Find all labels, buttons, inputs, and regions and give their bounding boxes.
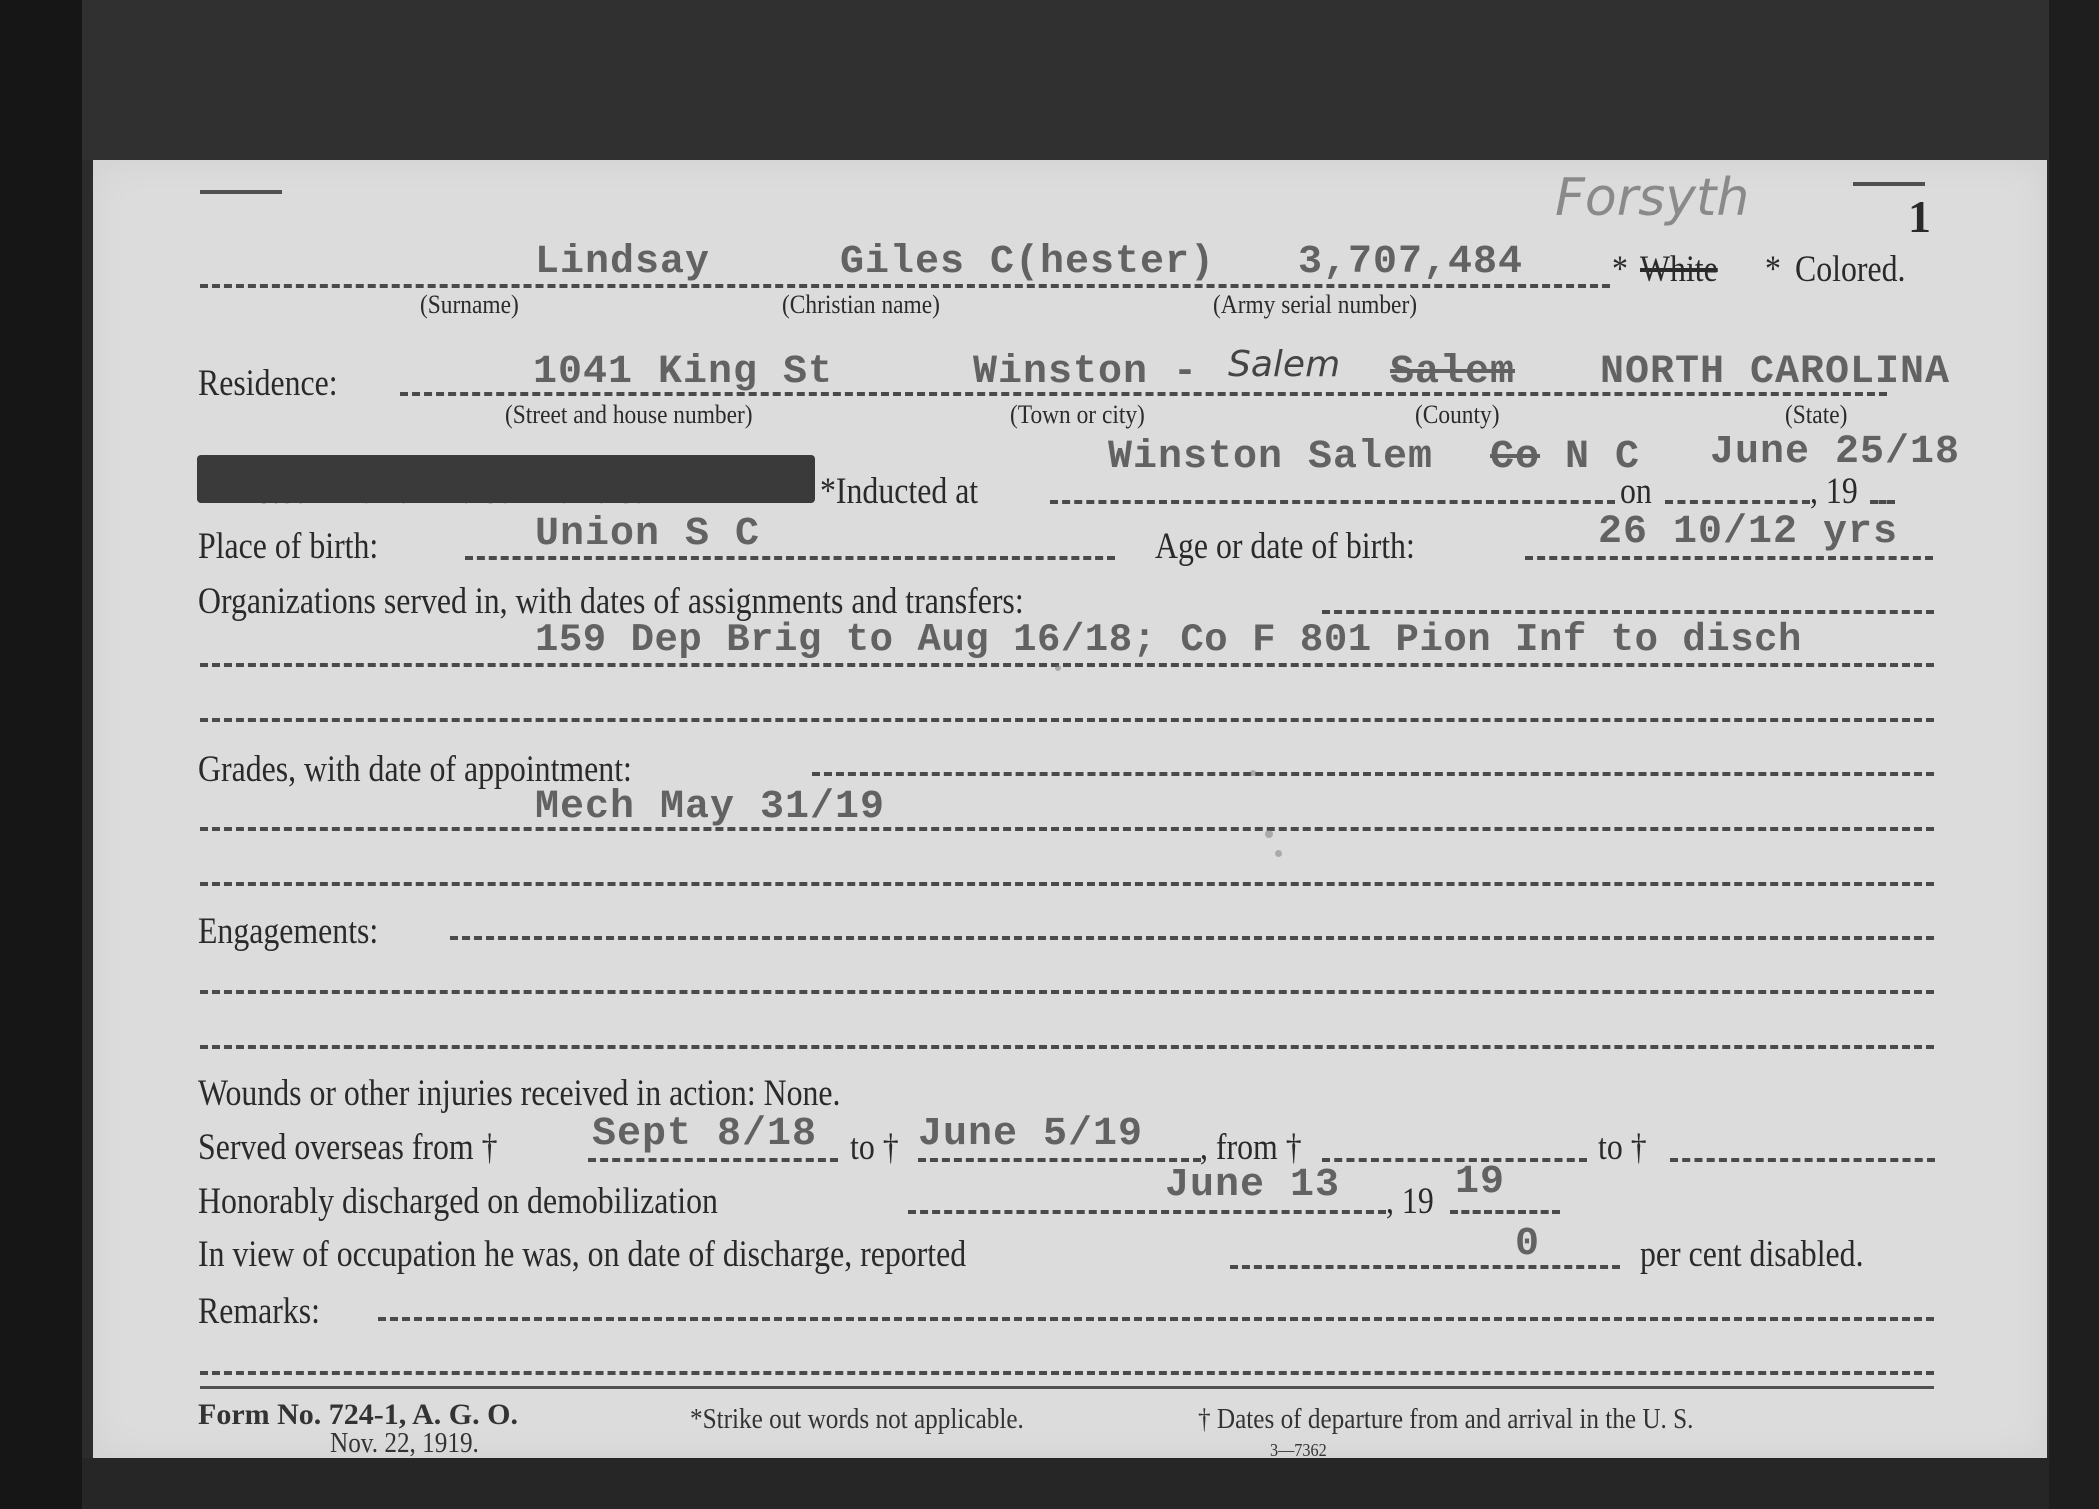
overseas-from-value: Sept 8/18 [592,1112,817,1157]
induction-date-line [1665,500,1810,504]
race-white-struck: White [1640,248,1718,291]
engagements-line-1 [450,936,1934,940]
remarks-line-2 [200,1371,1934,1375]
discharge-date-line [908,1210,1386,1214]
ink-speck [1250,770,1256,776]
engagements-label: Engagements: [198,910,378,953]
residence-town: Winston - [973,350,1198,395]
race-asterisk-white: * [1612,248,1628,291]
honorably-discharged-label: Honorably discharged on demobilization [198,1180,718,1223]
discharge-year-value: 19 [1455,1160,1505,1205]
scan-border-right [2049,0,2099,1509]
residence-town-handwritten: Salem [1228,344,1340,385]
surname-label: (Surname) [420,290,519,320]
scan-background-top [82,0,2049,160]
redaction-mark [197,455,815,503]
served-overseas-label: Served overseas from † [198,1126,498,1169]
disability-line [1230,1265,1620,1269]
engagements-line-2 [200,990,1934,994]
corner-rule [200,190,282,194]
disability-value: 0 [1515,1222,1540,1267]
christian-name-label: (Christian name) [782,290,940,320]
place-of-birth-value: Union S C [535,512,760,557]
form-number: Form No. 724-1, A. G. O. [198,1398,518,1432]
induction-year-line [1870,500,1895,504]
overseas-to-line [918,1158,1201,1162]
overseas-to-label: to † [850,1126,899,1169]
county-annotation: Forsyth [1555,168,1749,228]
organizations-line-2 [200,718,1934,722]
overseas-to2-label: to † [1598,1126,1647,1169]
christian-name-value: Giles C(hester) [840,240,1215,285]
induction-date: June 25/18 [1710,430,1960,475]
per-cent-disabled-label: per cent disabled. [1640,1233,1864,1276]
footer-rule [200,1386,1934,1389]
serial-number-label: (Army serial number) [1213,290,1417,320]
remarks-line-1 [378,1317,1934,1321]
serial-number-value: 3,707,484 [1298,240,1523,285]
surname-value: Lindsay [535,240,710,285]
disability-label: In view of occupation he was, on date of… [198,1233,966,1276]
wounds-label: Wounds or other injuries received in act… [198,1072,841,1115]
ink-speck [1055,665,1061,671]
overseas-to2-line [1670,1158,1935,1162]
inducted-at-line [1050,500,1615,504]
residence-label: Residence: [198,362,338,405]
induction-place-struck: Co [1490,435,1540,480]
age-value: 26 10/12 yrs [1598,510,1898,555]
remarks-label: Remarks: [198,1290,320,1333]
ink-speck [1275,850,1282,857]
induction-place: Winston Salem [1108,435,1433,480]
induction-on-label: on [1620,470,1652,513]
scan-background-bottom [82,1458,2049,1509]
residence-county-struck: Salem [1390,350,1515,395]
grades-value: Mech May 31/19 [535,785,885,830]
engagements-line-3 [200,1045,1934,1049]
induction-year-prefix: , 19 [1810,470,1858,513]
print-code: 3—7362 [1270,1440,1327,1461]
organizations-label-line [1322,610,1934,614]
scan-border-left [0,0,82,1509]
age-line [1525,556,1933,560]
place-of-birth-label: Place of birth: [198,525,378,568]
discharge-date-value: June 13 [1165,1163,1340,1208]
ink-speck [1265,830,1273,838]
organizations-value: 159 Dep Brig to Aug 16/18; Co F 801 Pion… [535,618,1802,662]
dagger-note: † Dates of departure from and arrival in… [1198,1404,1693,1436]
state-label: (State) [1785,400,1847,430]
town-label: (Town or city) [1010,400,1145,430]
race-asterisk-colored: * [1765,248,1781,291]
street-label: (Street and house number) [505,400,753,430]
discharge-year-line [1450,1210,1560,1214]
residence-street: 1041 King St [533,350,833,395]
form-date: Nov. 22, 1919. [330,1428,479,1460]
grades-line-1 [200,827,1934,831]
card-number-rule [1853,182,1925,186]
overseas-from-line [588,1158,838,1162]
strike-note: *Strike out words not applicable. [690,1404,1024,1436]
age-label: Age or date of birth: [1155,525,1415,568]
residence-state: NORTH CAROLINA [1600,350,1950,395]
organizations-line-1 [200,663,1934,667]
grades-line-2 [200,882,1934,886]
card-number: 1 [1908,190,1931,243]
grades-label-line [812,772,1934,776]
overseas-to-value: June 5/19 [918,1112,1143,1157]
county-label: (County) [1415,400,1500,430]
discharge-year-prefix: , 19 [1386,1180,1434,1223]
organizations-label: Organizations served in, with dates of a… [198,580,1024,623]
inducted-at-label: *Inducted at [820,470,978,513]
race-colored: Colored. [1795,248,1905,291]
